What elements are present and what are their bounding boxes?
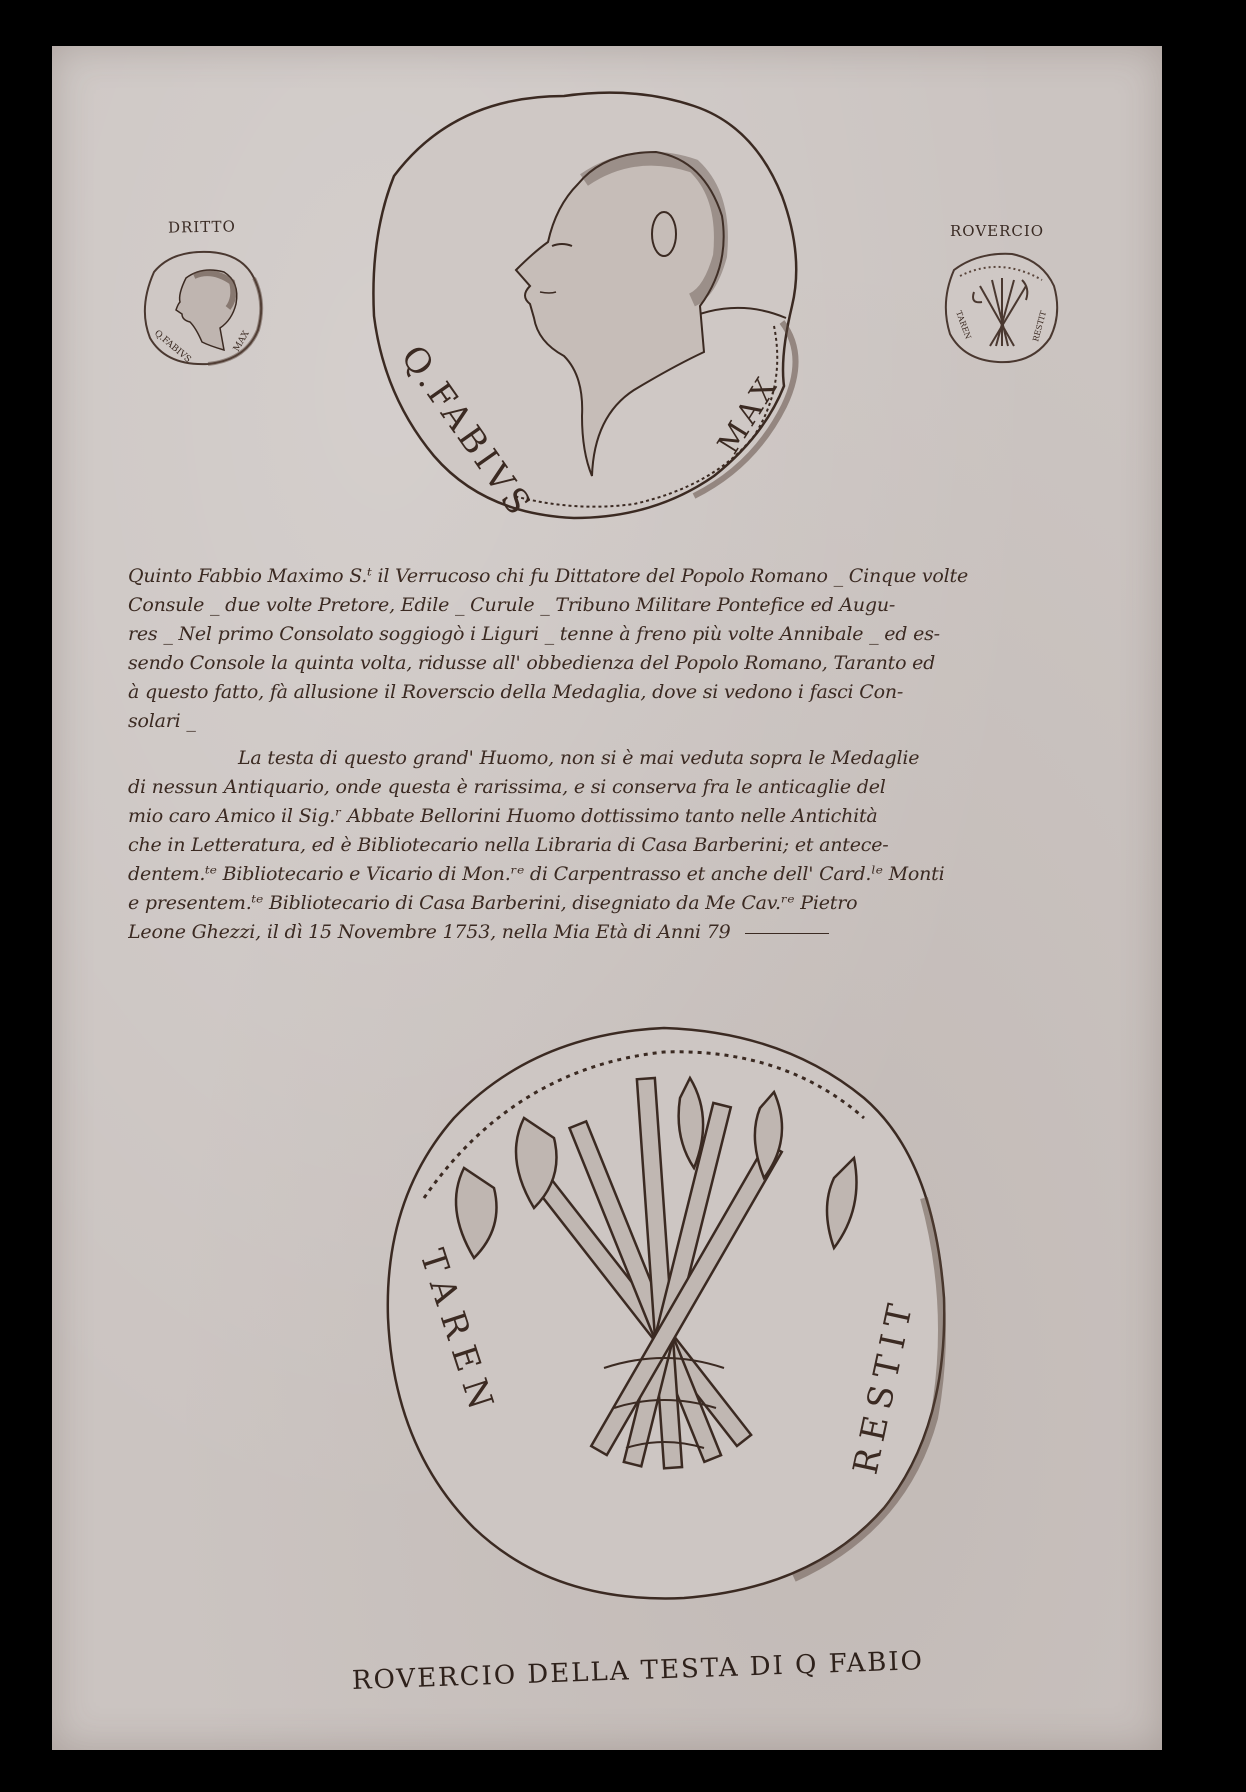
small-reverse-coin-icon: TAREN RESTIT [930,242,1070,372]
biography-paragraph: Quinto Fabbio Maximo S.ᵗ il Verrucoso ch… [128,562,1168,736]
text-line: e presentem.ᵗᵉ Bibliotecario di Casa Bar… [128,889,1168,918]
text-line: dentem.ᵗᵉ Bibliotecario e Vicario di Mon… [128,860,1168,889]
label-rovercio: ROVERCIO [950,222,1044,240]
text-line: La testa di questo grand' Huomo, non si … [128,744,1168,773]
text-line: Quinto Fabbio Maximo S.ᵗ il Verrucoso ch… [128,562,1168,591]
large-obverse-coin-icon: Q.FABIVS MAX [334,56,874,556]
manuscript-page: DRITTO Q.FABIVS MAX ROVERCIO TAREN RESTI… [52,46,1162,1750]
text-line: solari _ [128,707,1168,736]
large-reverse-coin-icon: TAREN RESTIT [364,1008,964,1618]
text-line: sendo Console la quinta volta, ridusse a… [128,649,1168,678]
text-line: à questo fatto, fà allusione il Roversci… [128,678,1168,707]
text-line: res _ Nel primo Consolato soggiogò i Lig… [128,620,1168,649]
signature-text: Leone Ghezzi, il dì 15 Novembre 1753, ne… [128,921,731,943]
text-line: di nessun Antiquario, onde questa è rari… [128,773,1168,802]
provenance-paragraph: La testa di questo grand' Huomo, non si … [128,744,1168,947]
drawing-caption: ROVERCIO DELLA TESTA DI Q FABIO [351,1646,924,1696]
text-line: mio caro Amico il Sig.ʳ Abbate Bellorini… [128,802,1168,831]
small-obverse-coin-icon: Q.FABIVS MAX [132,242,272,372]
label-dritto: DRITTO [168,217,236,236]
text-line: che in Letteratura, ed è Bibliotecario n… [128,831,1168,860]
flourish-rule [745,933,829,934]
text-line: Consule _ due volte Pretore, Edile _ Cur… [128,591,1168,620]
signature-line: Leone Ghezzi, il dì 15 Novembre 1753, ne… [128,918,1168,947]
